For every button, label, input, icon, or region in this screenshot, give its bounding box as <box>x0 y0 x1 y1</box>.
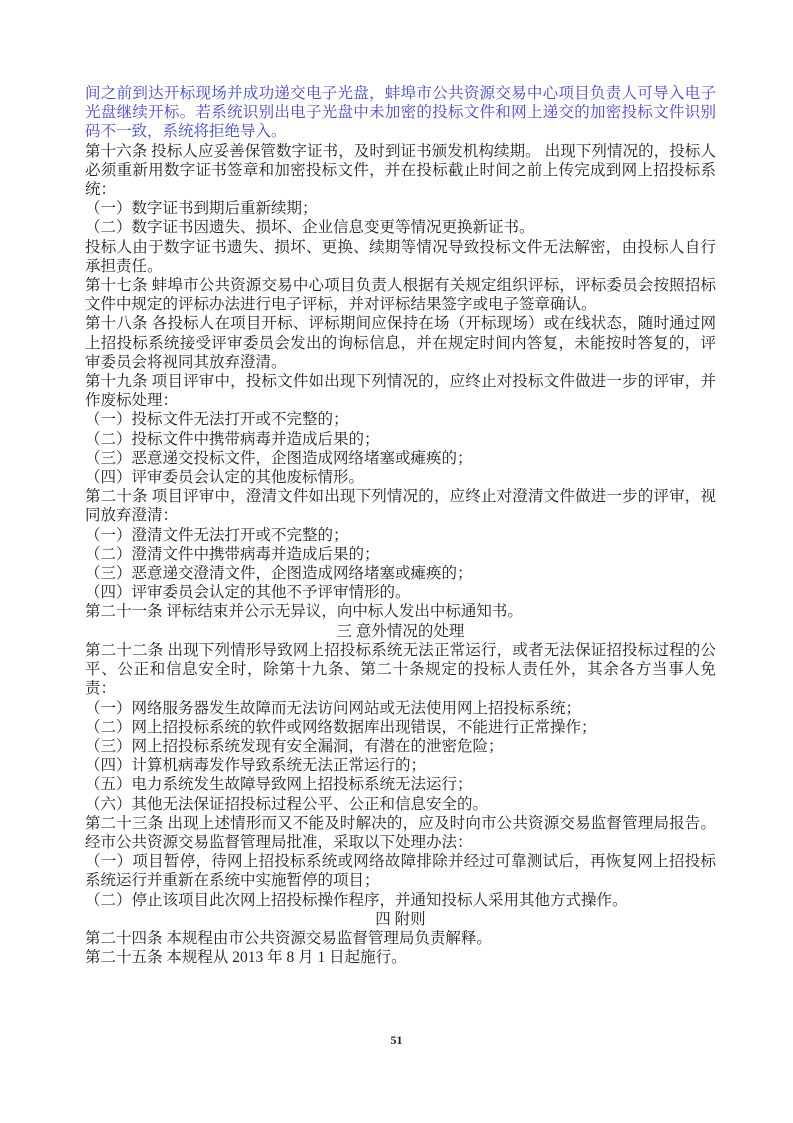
document-page: 间之前到达开标现场并成功递交电子光盘，蚌埠市公共资源交易中心项目负责人可导入电子… <box>0 0 793 1123</box>
paragraph: （二）投标文件中携带病毒并造成后果的； <box>85 430 716 449</box>
paragraph: （二）澄清文件中携带病毒并造成后果的； <box>85 545 716 564</box>
paragraph: 第二十一条 评标结束并公示无异议，向中标人发出中标通知书。 <box>85 602 716 621</box>
paragraph: 第二十二条 出现下列情形导致网上招投标系统无法正常运行，或者无法保证招投标过程的… <box>85 641 716 699</box>
paragraph: （二）网上招投标系统的软件或网络数据库出现错误，不能进行正常操作； <box>85 718 716 737</box>
paragraph: 间之前到达开标现场并成功递交电子光盘，蚌埠市公共资源交易中心项目负责人可导入电子… <box>85 84 716 142</box>
paragraph: （四）评审委员会认定的其他废标情形。 <box>85 468 716 487</box>
paragraph: 第十七条 蚌埠市公共资源交易中心项目负责人根据有关规定组织评标，评标委员会按照招… <box>85 276 716 314</box>
paragraph: 投标人由于数字证书遗失、损坏、更换、续期等情况导致投标文件无法解密，由投标人自行… <box>85 238 716 276</box>
paragraph: （五）电力系统发生故障导致网上招投标系统无法运行； <box>85 775 716 794</box>
paragraph: 第十六条 投标人应妥善保管数字证书，及时到证书颁发机构续期。 出现下列情况的，投… <box>85 142 716 200</box>
paragraph: 第二十五条 本规程从 2013 年 8 月 1 日起施行。 <box>85 948 716 967</box>
paragraph: 第二十条 项目评审中，澄清文件如出现下列情况的，应终止对澄清文件做进一步的评审，… <box>85 487 716 525</box>
paragraph: 第十八条 各投标人在项目开标、评标期间应保持在场（开标现场）或在线状态，随时通过… <box>85 314 716 372</box>
paragraph: （四）评审委员会认定的其他不予评审情形的。 <box>85 583 716 602</box>
paragraph: （四）计算机病毒发作导致系统无法正常运行的； <box>85 756 716 775</box>
paragraph: 第二十三条 出现上述情形而又不能及时解决的，应及时向市公共资源交易监督管理局报告… <box>85 814 716 852</box>
paragraph: （三）恶意递交投标文件，企图造成网络堵塞或瘫痪的； <box>85 449 716 468</box>
paragraph: （二）数字证书因遗失、损坏、企业信息变更等情况更换新证书。 <box>85 218 716 237</box>
paragraph: 第二十四条 本规程由市公共资源交易监督管理局负责解释。 <box>85 929 716 948</box>
paragraph: （三）恶意递交澄清文件，企图造成网络堵塞或瘫痪的； <box>85 564 716 583</box>
paragraph: （一）澄清文件无法打开或不完整的； <box>85 526 716 545</box>
paragraph: （一）网络服务器发生故障而无法访问网站或无法使用网上招投标系统； <box>85 699 716 718</box>
paragraph: （一）投标文件无法打开或不完整的； <box>85 410 716 429</box>
section-heading: 三 意外情况的处理 <box>85 622 716 641</box>
paragraph: （三）网上招投标系统发现有安全漏洞，有潜在的泄密危险； <box>85 737 716 756</box>
document-content: 间之前到达开标现场并成功递交电子光盘，蚌埠市公共资源交易中心项目负责人可导入电子… <box>85 84 716 967</box>
page-number: 51 <box>0 1033 793 1048</box>
paragraph: （二）停止该项目此次网上招投标操作程序，并通知投标人采用其他方式操作。 <box>85 891 716 910</box>
paragraph: （一）数字证书到期后重新续期； <box>85 199 716 218</box>
section-heading: 四 附则 <box>85 910 716 929</box>
paragraph: 第十九条 项目评审中，投标文件如出现下列情况的，应终止对投标文件做进一步的评审，… <box>85 372 716 410</box>
paragraph: （一）项目暂停，待网上招投标系统或网络故障排除并经过可靠测试后，再恢复网上招投标… <box>85 852 716 890</box>
paragraph: （六）其他无法保证招投标过程公平、公正和信息安全的。 <box>85 795 716 814</box>
